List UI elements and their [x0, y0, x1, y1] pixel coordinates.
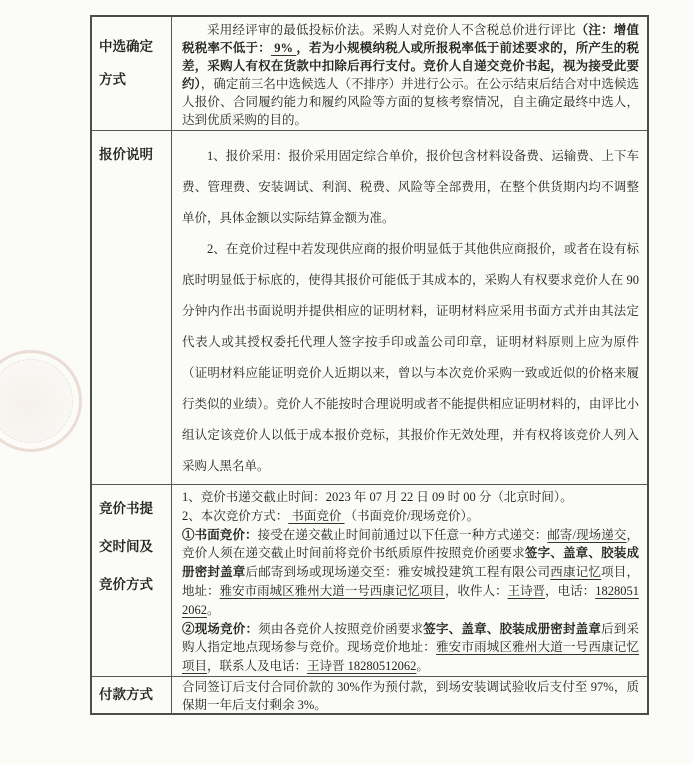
underlined-text: 王诗晋 18280512062: [307, 659, 416, 673]
row-content-bid-submission: 1、竞价书递交截止时间：2023 年 07 月 22 日 09 时 00 分（北…: [172, 485, 647, 676]
row-label-payment-method: 付款方式: [92, 677, 172, 713]
scanned-document-page: 中选确定方式 采用经评审的最低投标价法。采购人对竞价人不含税总价进行评比（注：增…: [0, 0, 694, 764]
text-run: 合同签订后支付合同价款的 30%作为预付款，到场安装调试验收后支付至 97%，质…: [182, 680, 639, 712]
text-run: 1、竞价书递交截止时间：2023 年 07 月 22 日 09 时 00 分（北…: [182, 490, 573, 504]
underlined-text: 9%: [271, 41, 296, 55]
paragraph: 采用经评审的最低投标价法。采购人对竞价人不含税总价进行评比（注：增值税税率不低于…: [182, 22, 639, 129]
row-content-selection-method: 采用经评审的最低投标价法。采购人对竞价人不含税总价进行评比（注：增值税税率不低于…: [172, 17, 647, 130]
text-run: 采用经评审的最低投标价法。采购人对竞价人不含税总价进行评比: [207, 23, 576, 37]
text-run: 须由各竞价人按照竞价函要求: [258, 622, 423, 636]
table-row-payment-method: 付款方式 合同签订后支付合同价款的 30%作为预付款，到场安装调试验收后支付至 …: [92, 676, 647, 713]
stamp-inner-texture: [0, 351, 81, 451]
paragraph: 合同签订后支付合同价款的 30%作为预付款，到场安装调试验收后支付至 97%，质…: [182, 679, 639, 713]
table-row-quotation-notes: 报价说明 1、报价采用：报价采用固定综合单价，报价包含材料设备费、运输费、上下车…: [92, 130, 647, 484]
row-content-payment-method: 合同签订后支付合同价款的 30%作为预付款，到场安装调试验收后支付至 97%，质…: [172, 677, 647, 713]
paragraph: 2、在竞价过程中若发现供应商的报价明显低于其他供应商报价，或者在设有标底时明显低…: [182, 234, 639, 482]
row-label-selection-method: 中选确定方式: [92, 17, 172, 130]
paragraph: 1、竞价书递交截止时间：2023 年 07 月 22 日 09 时 00 分（北…: [182, 488, 639, 507]
text-run: 接受在递交截止时间前通过以下任意一种方式递交：: [258, 528, 548, 542]
text-run: ，收件人：: [445, 584, 508, 598]
text-run: 后邮寄到场或现场递交至：雅安城投建筑工程有限公司: [246, 565, 551, 579]
text-run: 。: [416, 659, 429, 673]
bold-text: ②现场竞价：: [182, 622, 258, 636]
procurement-terms-table: 中选确定方式 采用经评审的最低投标价法。采购人对竞价人不含税总价进行评比（注：增…: [90, 15, 649, 715]
text-run: 2、在竞价过程中若发现供应商的报价明显低于其他供应商报价，或者在设有标底时明显低…: [182, 242, 639, 473]
bold-text: ①书面竞价：: [182, 528, 258, 542]
row-label-quotation-notes: 报价说明: [92, 131, 172, 484]
underlined-text: 书面竞价: [288, 509, 344, 523]
paragraph: ①书面竞价：接受在递交截止时间前通过以下任意一种方式递交：邮寄/现场递交，竞价人…: [182, 526, 639, 620]
underlined-text: 雅安市雨城区雅州大道一号西康记忆项目: [220, 584, 445, 598]
table-row-selection-method: 中选确定方式 采用经评审的最低投标价法。采购人对竞价人不含税总价进行评比（注：增…: [92, 17, 647, 130]
text-run: ，电话：: [545, 584, 595, 598]
row-content-quotation-notes: 1、报价采用：报价采用固定综合单价，报价包含材料设备费、运输费、上下车费、管理费…: [172, 131, 647, 484]
text-run: 。: [207, 603, 220, 617]
underlined-text: 西康记忆: [550, 565, 601, 579]
text-run: 1、报价采用：报价采用固定综合单价，报价包含材料设备费、运输费、上下车费、管理费…: [182, 149, 639, 225]
text-run: ，联系人及电话：: [207, 659, 307, 673]
row-label-bid-submission: 竞价书提交时间及竞价方式: [92, 485, 172, 676]
underlined-text: 邮寄/现场递交: [547, 528, 626, 542]
faint-round-stamp: [0, 341, 91, 462]
paragraph: ②现场竞价：须由各竞价人按照竞价函要求签字、盖章、胶装成册密封盖章后到采购人指定…: [182, 620, 639, 676]
table-row-bid-submission: 竞价书提交时间及竞价方式 1、竞价书递交截止时间：2023 年 07 月 22 …: [92, 484, 647, 676]
bold-text: 签字、盖章、胶装成册密封盖章: [423, 622, 601, 636]
paragraph: 1、报价采用：报价采用固定综合单价，报价包含材料设备费、运输费、上下车费、管理费…: [182, 141, 639, 234]
paragraph: 2、本次竞价方式： 书面竞价 （书面竞价/现场竞价）。: [182, 507, 639, 526]
underlined-text: 王诗晋: [508, 584, 546, 598]
text-run: 2、本次竞价方式：: [182, 509, 288, 523]
text-run: ，确定前三名中选候选人（不排序）并进行公示。在公示结束后结合对中选候选人报价、合…: [182, 77, 639, 127]
text-run: （书面竞价/现场竞价）。: [345, 509, 480, 523]
